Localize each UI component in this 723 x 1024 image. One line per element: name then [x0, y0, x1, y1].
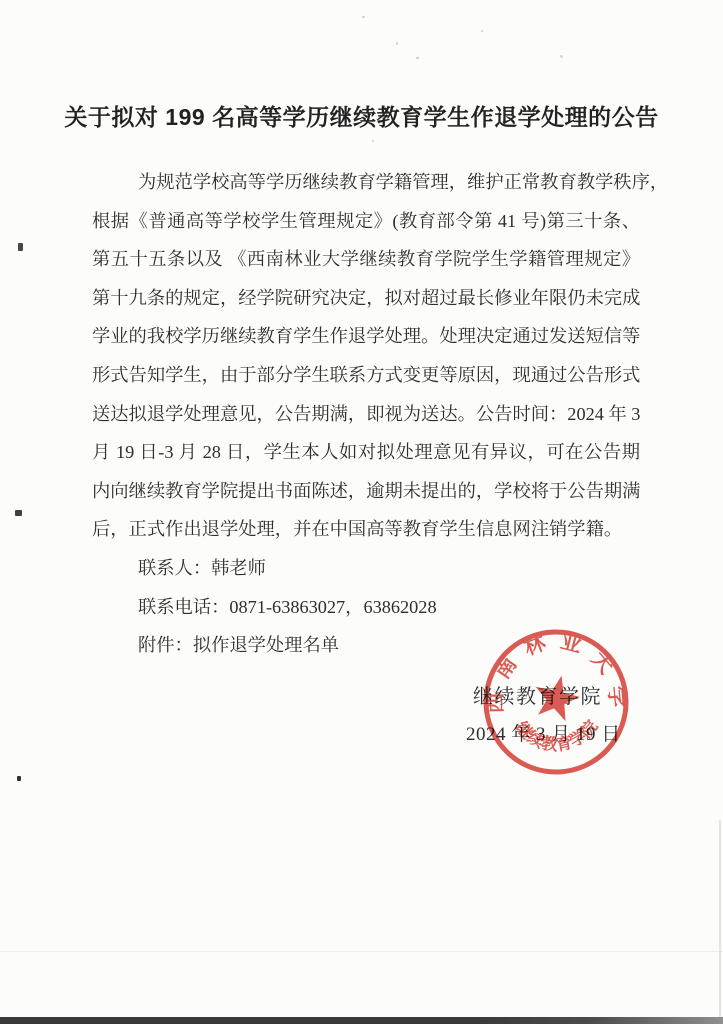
scan-dust — [372, 140, 374, 142]
official-seal: 西南林业大学 继续教育学院 — [477, 623, 634, 780]
scan-dust — [396, 42, 398, 45]
scan-dust — [481, 30, 483, 32]
scan-dust — [416, 57, 419, 59]
body-line: 为规范学校高等学历继续教育学籍管理，维护正常教育教学秩序， — [92, 163, 640, 202]
star-icon — [530, 671, 584, 724]
body-line: 第五十五条以及 《西南林业大学继续教育学院学生学籍管理规定》 — [92, 240, 640, 279]
body-line: 学业的我校学历继续教育学生作退学处理。处理决定通过发送短信等 — [92, 317, 640, 356]
body-line: 形式告知学生，由于部分学生联系方式变更等原因，现通过公告形式 — [92, 356, 640, 395]
body-line: 内向继续教育学院提出书面陈述，逾期未提出的，学校将于公告期满 — [92, 472, 640, 511]
body-line: 后，正式作出退学处理，并在中国高等教育学生信息网注销学籍。 — [92, 510, 640, 549]
scan-speck — [15, 510, 22, 516]
scan-edge-right — [719, 820, 721, 1018]
scan-fold-line — [0, 951, 723, 952]
page-title: 关于拟对 199 名高等学历继续教育学生作退学处理的公告 — [0, 99, 723, 132]
scan-edge-bottom — [0, 1017, 723, 1024]
scan-dust — [560, 55, 563, 58]
seal-inner-text: 继续教育学院 — [511, 715, 602, 757]
body-line: 送达拟退学处理意见，公告期满，即视为送达。公告时间：2024 年 3 — [92, 395, 640, 434]
contact-phone: 联系电话：0871-63863027，63862028 — [92, 588, 640, 627]
document-body: 为规范学校高等学历继续教育学籍管理，维护正常教育教学秩序， 根据《普通高等学校学… — [92, 163, 640, 665]
scan-dust — [362, 16, 365, 18]
body-line: 根据《普通高等学校学生管理规定》(教育部令第 41 号)第三十条、 — [92, 202, 640, 241]
body-line: 月 19 日-3 月 28 日，学生本人如对拟处理意见有异议，可在公告期 — [92, 433, 640, 472]
scanned-document-page: 关于拟对 199 名高等学历继续教育学生作退学处理的公告 为规范学校高等学历继续… — [0, 0, 723, 1024]
contact-person: 联系人：韩老师 — [92, 549, 640, 588]
scan-speck — [17, 776, 21, 781]
body-line: 第十九条的规定，经学院研究决定，拟对超过最长修业年限仍未完成 — [92, 279, 640, 318]
scan-speck — [18, 243, 23, 251]
